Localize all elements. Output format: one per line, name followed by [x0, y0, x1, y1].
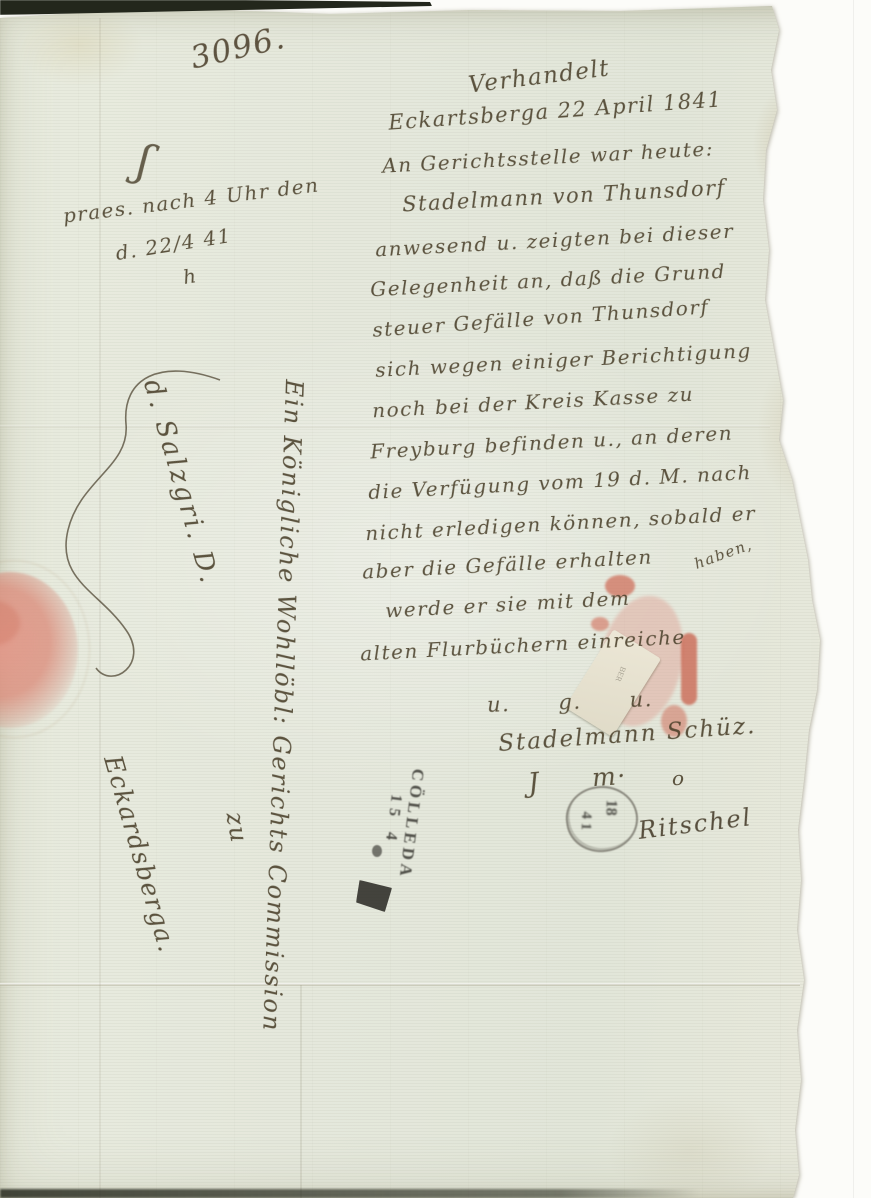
body-line: die Verfügung vom 19 d. M. nach	[368, 460, 753, 504]
paraph-j: J	[527, 768, 542, 800]
crease-horizontal	[0, 983, 800, 986]
address-zu: zu	[220, 810, 253, 845]
bottom-edge-shadow	[0, 1189, 700, 1198]
paper-sheet: BER 3096. Verhandelt Eckartsberga 22 Apr…	[0, 0, 871, 1198]
seal-flap-embossed-text: BER	[614, 665, 628, 683]
body-line: steuer Gefälle von Thunsdorf	[372, 294, 710, 341]
colleda-stamp: CÖLLEDA 15 4	[377, 765, 428, 881]
postmark-digits-day: 18	[601, 799, 620, 816]
scan-background: { "document": { "docket_number": "3096."…	[0, 0, 871, 1198]
paraph-o: o	[672, 766, 686, 790]
body-line: noch bei der Kreis Kasse zu	[372, 382, 695, 423]
ink-blob	[356, 880, 392, 912]
scanner-strip-line	[853, 0, 854, 1198]
body-line: nicht erledigen können, sobald er	[365, 501, 757, 545]
heading-place-date: Eckartsberga 22 April 1841	[388, 87, 724, 134]
margin-note-line: h	[181, 263, 199, 289]
body-line: anwesend u. zeigten bei dieser	[375, 219, 735, 262]
circular-postmark: 18 4 1	[562, 781, 642, 856]
margin-flourish: ʃ	[133, 135, 157, 188]
address-place: Eckardsberga.	[98, 752, 182, 956]
heading-verhandelt: Verhandelt	[467, 55, 611, 98]
margin-note-line: praes. nach 4 Uhr den	[61, 172, 320, 227]
body-line: Stadelmann von Thunsdorf	[402, 176, 727, 217]
docket-number: 3096.	[187, 20, 289, 77]
ink-blob-small	[372, 845, 382, 857]
crease-vertical-bottom	[300, 985, 302, 1198]
body-line: An Gerichtsstelle war heute:	[382, 136, 715, 177]
letter-paper: BER 3096. Verhandelt Eckartsberga 22 Apr…	[0, 0, 871, 1198]
body-line: sich wegen einiger Berichtigung	[375, 338, 753, 382]
signature-ritschel: Ritschel	[637, 803, 754, 845]
margin-note-line: d. 22/4 41	[114, 223, 234, 265]
body-line: Freyburg befinden u., an deren	[370, 421, 734, 464]
interline-addition: haben,	[692, 535, 755, 573]
body-line: Gelegenheit an, daß die Grund	[370, 259, 727, 302]
postmark-digits-month: 4 1	[577, 811, 595, 830]
